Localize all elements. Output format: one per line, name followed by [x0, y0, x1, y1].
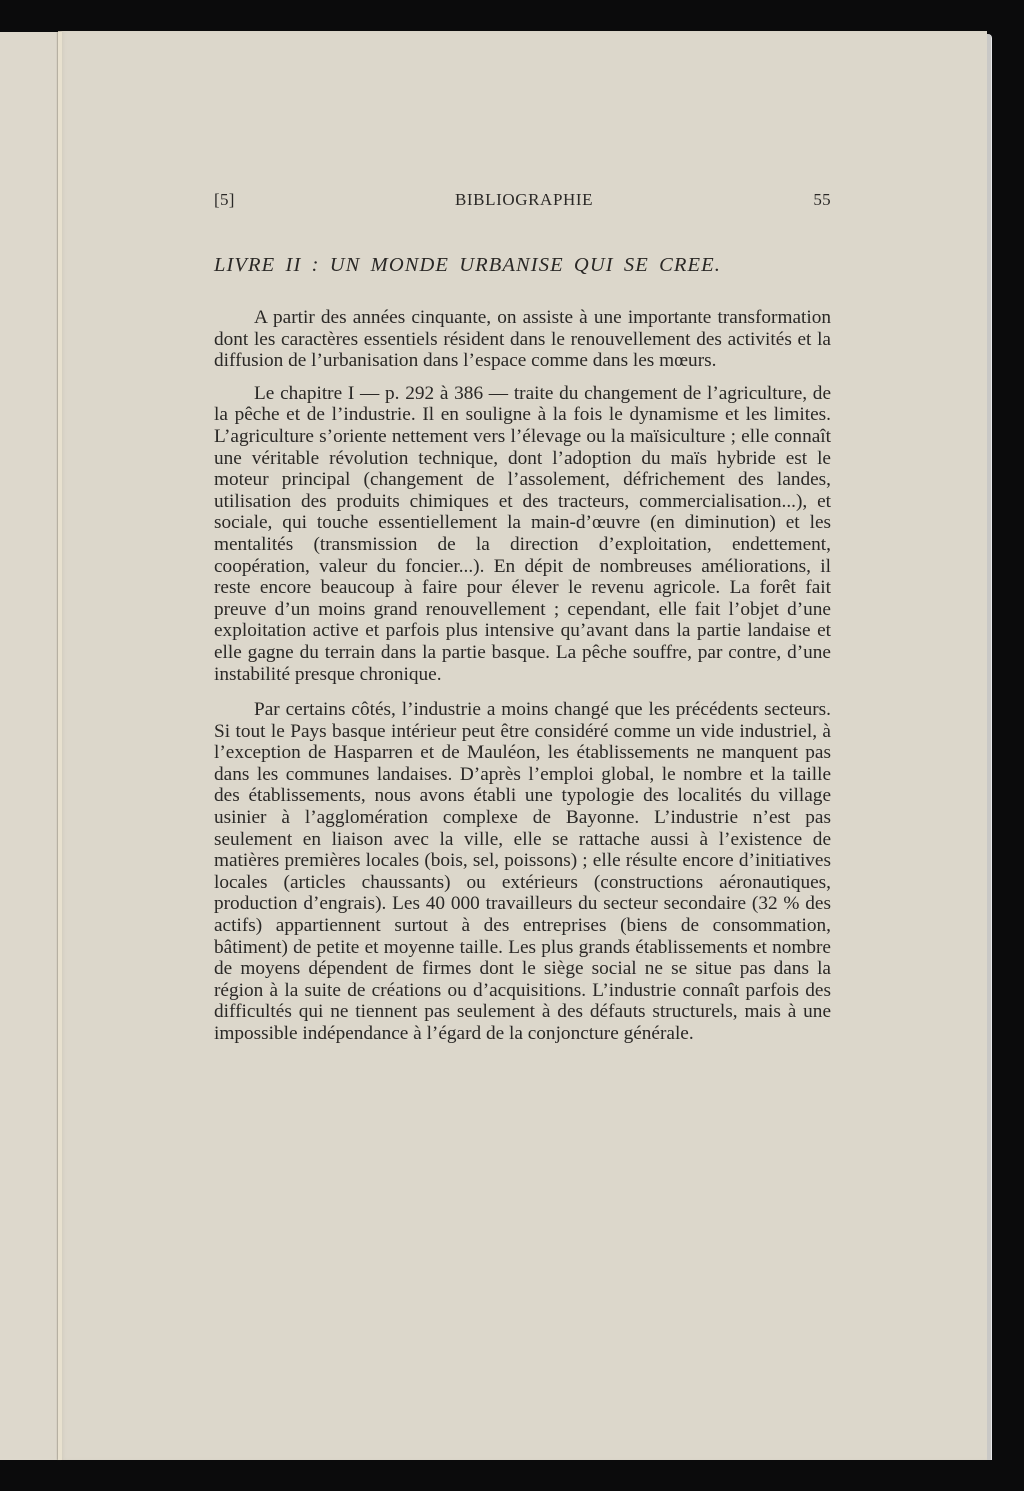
- running-head: [5] BIBLIOGRAPHIE 55: [214, 190, 831, 220]
- book-spine-crease: [58, 32, 62, 1460]
- running-head-title: BIBLIOGRAPHIE: [455, 190, 593, 210]
- page-stack-edge: [987, 34, 992, 1460]
- facing-page-edge: [0, 32, 60, 1460]
- page-content: [5] BIBLIOGRAPHIE 55 LIVRE II : UN MONDE…: [214, 190, 831, 1045]
- paragraph-chapter-one: Le chapitre I — p. 292 à 386 — traite du…: [214, 383, 831, 685]
- paragraph-text: Par certains côtés, l’industrie a moins …: [214, 699, 831, 1045]
- page-number: 55: [813, 190, 831, 210]
- paragraph-text: Le chapitre I — p. 292 à 386 — traite du…: [214, 383, 831, 685]
- paragraph-text: A partir des années cinquante, on assist…: [214, 307, 831, 372]
- paragraph-intro: A partir des années cinquante, on assist…: [214, 307, 831, 372]
- section-title: LIVRE II : UN MONDE URBANISE QUI SE CREE…: [214, 254, 831, 277]
- section-number: [5]: [214, 190, 235, 210]
- paragraph-industry: Par certains côtés, l’industrie a moins …: [214, 699, 831, 1045]
